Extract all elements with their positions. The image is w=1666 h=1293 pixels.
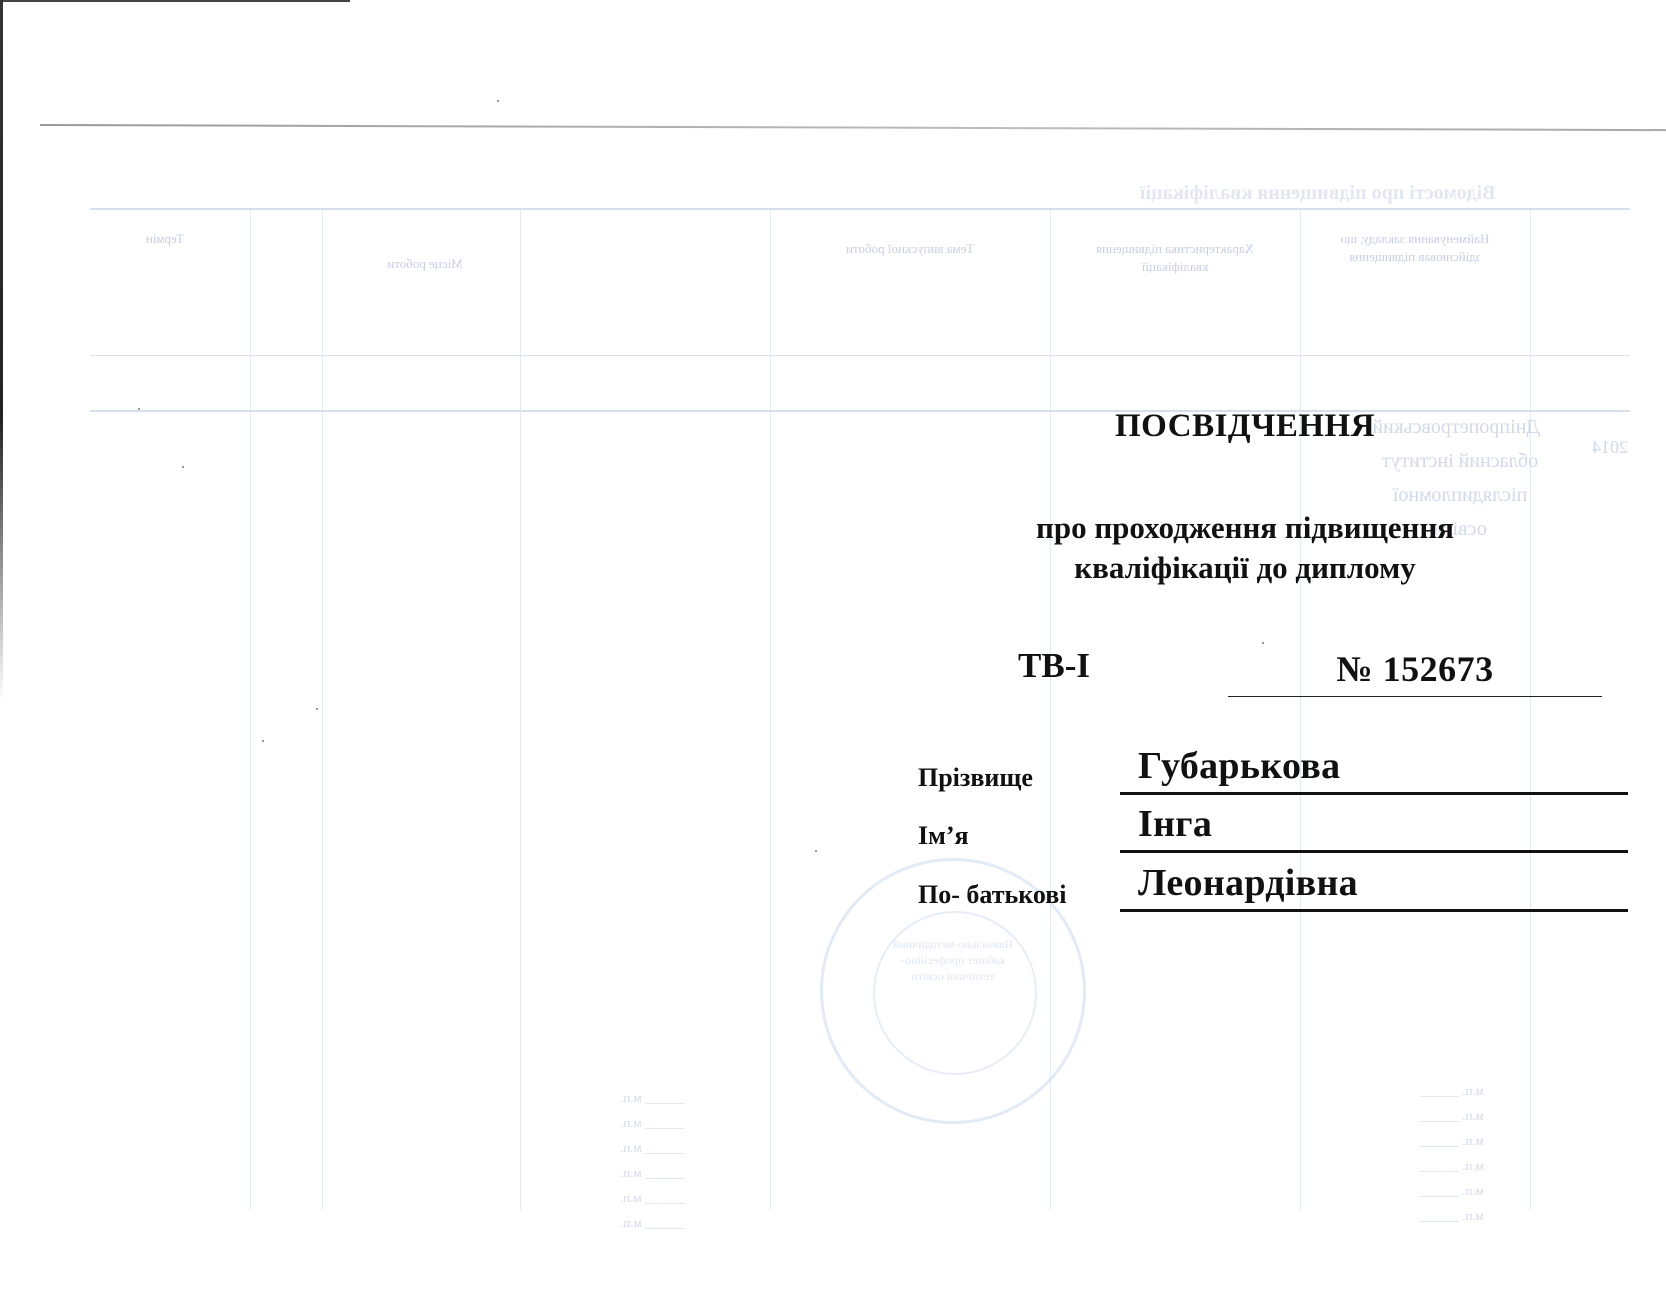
certificate-title: ПОСВІДЧЕННЯ — [1115, 408, 1375, 445]
bleed-table-column-line — [1530, 210, 1531, 1210]
scan-speck — [316, 708, 318, 710]
certificate-number-field: № 152673 — [1228, 642, 1602, 697]
bleed-header-cell: Найменування закладу, що здійснював підв… — [1320, 230, 1510, 266]
name-value: Інга — [1138, 802, 1212, 846]
patronymic-value: Леонардівна — [1138, 861, 1358, 905]
patronymic-field: Леонардівна — [1120, 859, 1628, 912]
surname-field: Губарькова — [1120, 742, 1628, 795]
certificate-subtitle: про проходження підвищення кваліфікації … — [980, 508, 1510, 588]
bleed-signature-list: м.п. ______м.п. ______м.п. ______м.п. __… — [1420, 1078, 1484, 1228]
bleed-header-cell: Місце роботи — [340, 255, 510, 273]
scan-speck — [262, 740, 264, 742]
scan-speck — [497, 100, 499, 102]
certificate-number: № 152673 — [1336, 649, 1493, 689]
bleed-table-column-line — [1300, 210, 1301, 1210]
scan-edge-top — [0, 0, 350, 2]
name-field: Інга — [1120, 800, 1628, 853]
bleed-signature-list: ______ м.п.______ м.п.______ м.п.______ … — [620, 1085, 684, 1235]
patronymic-label: По- батькові — [918, 880, 1066, 910]
bleed-table-column-line — [770, 210, 771, 1210]
bleed-table-column-line — [322, 210, 323, 1210]
patronymic-row: По- батькові Леонардівна — [918, 862, 1628, 912]
surname-value: Губарькова — [1138, 744, 1340, 788]
scan-edge-left — [0, 0, 3, 700]
name-label: Ім’я — [918, 821, 969, 851]
bleed-table-column-line — [520, 210, 521, 1210]
page-fold-line — [40, 124, 1666, 131]
surname-row: Прізвище Губарькова — [918, 745, 1628, 795]
certificate-series: ТВ-І — [1018, 646, 1090, 686]
bleed-table-column-line — [250, 210, 251, 1210]
stamp-text: Навчально-методичний кабінет професійно-… — [883, 936, 1023, 984]
scan-speck — [182, 466, 184, 468]
bleed-table-divider — [90, 355, 1630, 356]
scan-speck — [138, 408, 140, 410]
bleed-row-year: 2014 — [1580, 430, 1640, 464]
certificate-subtitle-line2: кваліфікації до диплому — [980, 548, 1510, 588]
surname-label: Прізвище — [918, 763, 1033, 793]
certificate-subtitle-line1: про проходження підвищення — [980, 508, 1510, 548]
bleed-table: Найменування закладу, що здійснював підв… — [90, 208, 1630, 412]
scan-speck — [815, 850, 817, 852]
name-row: Ім’я Інга — [918, 803, 1628, 853]
bleed-header-cell: Тема випускної роботи — [790, 240, 1030, 258]
bleed-table-title: Відомості про підвищення кваліфікації — [1140, 182, 1496, 205]
bleed-header-cell: Характеристика підвищення кваліфікації — [1070, 240, 1280, 276]
bleed-header-cell: Термін — [90, 230, 240, 248]
